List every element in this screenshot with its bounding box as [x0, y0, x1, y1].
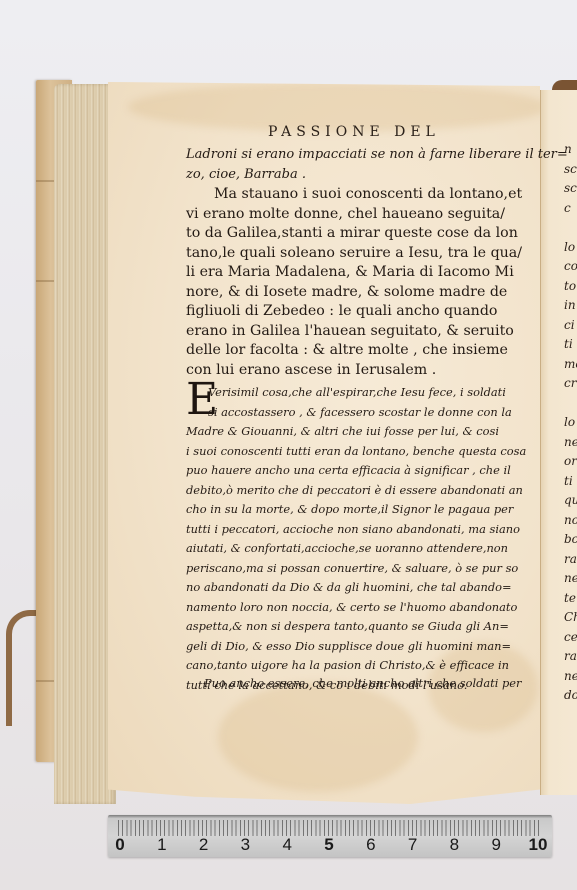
- facing-text-fragment: c: [564, 199, 577, 219]
- text-line: figliuoli di Zebedeo : le quali ancho qu…: [186, 302, 512, 322]
- intro-italic-lines: Ladroni si erano impacciati se non à far…: [186, 145, 512, 184]
- text-line: cano,tanto uigore ha la pasion di Christ…: [186, 656, 516, 676]
- facing-text-fragment: ti: [564, 335, 577, 355]
- text-line: erano in Galilea l'hauean seguitato, & s…: [186, 322, 512, 342]
- text-line: Ladroni si erano impacciati se non à far…: [186, 145, 512, 165]
- facing-text-fragment: lo: [564, 238, 577, 258]
- gospel-paragraph: Ma stauano i suoi conoscenti da lontano,…: [186, 185, 512, 380]
- commentary-paragraph: Verisimil cosa,che all'espirar,che Iesu …: [186, 383, 516, 695]
- text-line: delle lor facolta : & altre molte , che …: [186, 341, 512, 361]
- text-line: Ma stauano i suoi conoscenti da lontano,…: [186, 185, 512, 205]
- facing-text-fragment: ne: [564, 569, 577, 589]
- text-line: puo hauere ancho una certa efficacia à s…: [186, 461, 516, 481]
- facing-text-fragment: ne: [564, 433, 577, 453]
- facing-text-fragment: in: [564, 296, 577, 316]
- text-line: tutti i peccatori, accioche non siano ab…: [186, 520, 516, 540]
- ruler-label: 0: [115, 835, 124, 855]
- text-line: vi erano molte donne, chel haueano segui…: [186, 205, 512, 225]
- text-line: aspetta,& non si despera tanto,quanto se…: [186, 617, 516, 637]
- ruler-label: 9: [491, 835, 500, 855]
- text-line: si accostassero , & facessero scostar le…: [186, 403, 516, 423]
- ruler-label: 2: [199, 835, 208, 855]
- facing-text-fragment: no: [564, 511, 577, 531]
- text-line: Verisimil cosa,che all'espirar,che Iesu …: [186, 383, 516, 403]
- facing-text-fragment: [564, 218, 577, 238]
- facing-text-fragment: to: [564, 277, 577, 297]
- ruler-label: 1: [157, 835, 166, 855]
- facing-text-fragment: [564, 394, 577, 414]
- facing-text-fragment: cr: [564, 374, 577, 394]
- facing-text-fragment: ra: [564, 550, 577, 570]
- text-line: periscano,ma si possan conuertire, & sal…: [186, 559, 516, 579]
- facing-text-fragment: ci: [564, 316, 577, 336]
- facing-text-fragment: te: [564, 589, 577, 609]
- text-line: Madre & Giouanni, & altri che iui fosse …: [186, 422, 516, 442]
- ruler-label: 7: [408, 835, 417, 855]
- facing-text-fragment: sc: [564, 160, 577, 180]
- facing-text-fragment: bc: [564, 530, 577, 550]
- text-line: nore, & di Iosete madre, & solome madre …: [186, 283, 512, 303]
- ruler-ticks: [118, 820, 540, 836]
- text-line: i suoi conoscenti tutti eran da lontano,…: [186, 442, 516, 462]
- facing-text-fragment: or: [564, 452, 577, 472]
- running-head: PASSIONE DEL: [268, 124, 440, 140]
- ruler-label: 4: [282, 835, 291, 855]
- facing-text-fragment: qu: [564, 491, 577, 511]
- text-line: geli di Dio, & esso Dio supplisce doue g…: [186, 637, 516, 657]
- text-line-last: Puo ancho essere, che molti ancho altri …: [204, 676, 522, 690]
- text-line: li era Maria Madalena, & Maria di Iacomo…: [186, 263, 512, 283]
- text-line: con lui erano ascese in Ierusalem .: [186, 361, 512, 381]
- water-stain: [218, 682, 418, 792]
- text-line: cho in su la morte, & dopo morte,il Sign…: [186, 500, 516, 520]
- measurement-ruler: 012345678910: [108, 815, 552, 857]
- text-line: zo, cioe, Barraba .: [186, 165, 512, 185]
- facing-text-fragment: ne: [564, 667, 577, 687]
- facing-page-text: nscscclocotoincitimecrloneortiqunobcrane…: [564, 140, 577, 706]
- facing-text-fragment: do: [564, 686, 577, 706]
- page-fore-edge: [54, 84, 116, 804]
- ruler-label: 5: [324, 835, 333, 855]
- ruler-label: 6: [366, 835, 375, 855]
- text-line: namento loro non noccia, & certo se l'hu…: [186, 598, 516, 618]
- facing-text-fragment: sc: [564, 179, 577, 199]
- facing-text-fragment: me: [564, 355, 577, 375]
- text-line: debito,ò merito che di peccatori è di es…: [186, 481, 516, 501]
- ruler-label: 10: [529, 835, 548, 855]
- text-line: no abandonati da Dio & da gli huomini, c…: [186, 578, 516, 598]
- facing-text-fragment: lo: [564, 413, 577, 433]
- book-photograph: nscscclocotoincitimecrloneortiqunobcrane…: [0, 0, 577, 890]
- ruler-label: 8: [450, 835, 459, 855]
- facing-text-fragment: Ch: [564, 608, 577, 628]
- text-line: aiutati, & confortati,accioche,se uorann…: [186, 539, 516, 559]
- text-line: to da Galilea,stanti a mirar queste cose…: [186, 224, 512, 244]
- leather-tie: [6, 610, 38, 726]
- facing-text-fragment: ce: [564, 628, 577, 648]
- text-line: tano,le quali soleano seruire a Iesu, tr…: [186, 244, 512, 264]
- facing-text-fragment: co: [564, 257, 577, 277]
- facing-text-fragment: ti: [564, 472, 577, 492]
- ruler-label: 3: [241, 835, 250, 855]
- facing-text-fragment: ra: [564, 647, 577, 667]
